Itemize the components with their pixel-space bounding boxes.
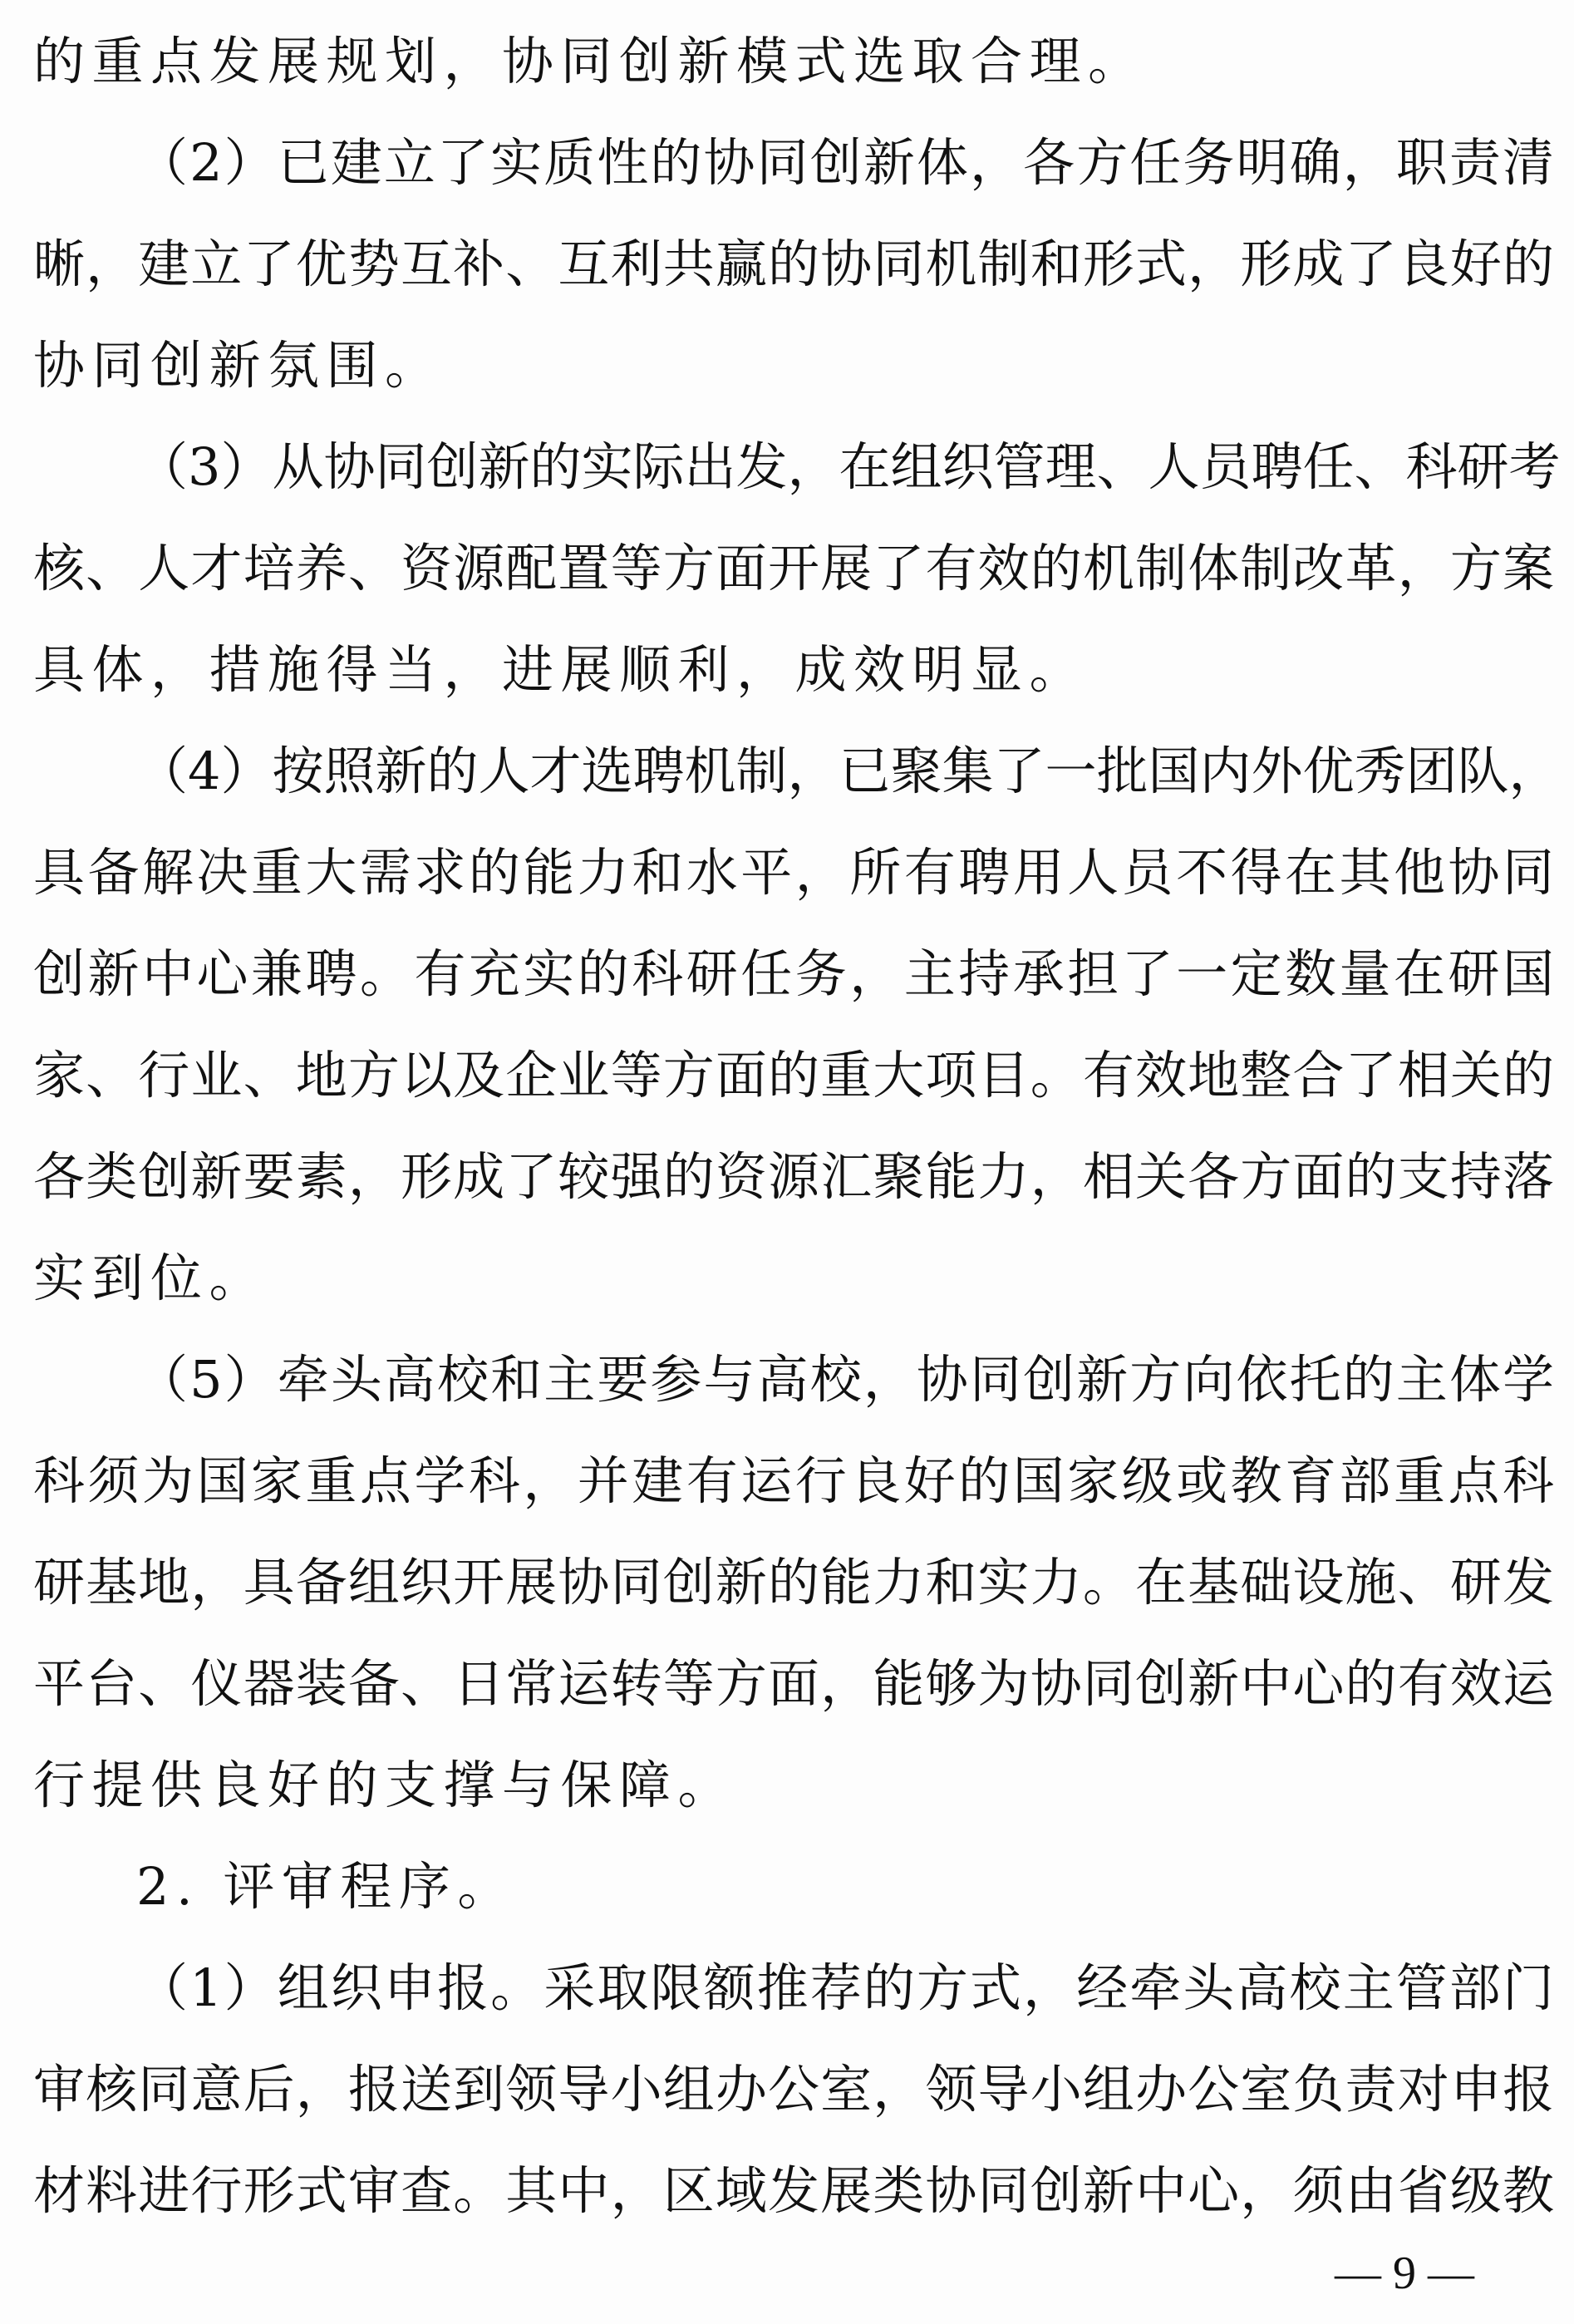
text-line-9: 具备解决重大需求的能力和水平，所有聘用人员不得在其他协同	[33, 839, 1554, 906]
text-line-2: （2）已建立了实质性的协同创新体，各方任务明确，职责清	[33, 130, 1554, 196]
text-line-3: 晰，建立了优势互补、互利共赢的协同机制和形式，形成了良好的	[33, 231, 1554, 298]
text-line-6: 核、人才培养、资源配置等方面开展了有效的机制体制改革，方案	[33, 535, 1554, 602]
text-line-14: （5）牵头高校和主要参与高校，协同创新方向依托的主体学	[33, 1347, 1554, 1413]
text-line-8: （4）按照新的人才选聘机制，已聚集了一批国内外优秀团队，	[33, 738, 1554, 805]
text-line-16: 研基地，具备组织开展协同创新的能力和实力。在基础设施、研发	[33, 1549, 1554, 1616]
text-line-20: （1）组织申报。采取限额推荐的方式，经牵头高校主管部门	[33, 1955, 1554, 2021]
section-heading: 2. 评审程序。	[33, 1854, 1554, 1920]
document-page: 的重点发展规划，协同创新模式选取合理。 （2）已建立了实质性的协同创新体，各方任…	[0, 0, 1574, 2324]
text-line-21: 审核同意后，报送到领导小组办公室，领导小组办公室负责对申报	[33, 2056, 1554, 2123]
text-line-10: 创新中心兼聘。有充实的科研任务，主持承担了一定数量在研国	[33, 941, 1554, 1007]
text-line-15: 科须为国家重点学科，并建有运行良好的国家级或教育部重点科	[33, 1448, 1554, 1514]
page-number: — 9 —	[1280, 2244, 1529, 2302]
text-line-5: （3）从协同创新的实际出发，在组织管理、人员聘任、科研考	[33, 434, 1554, 500]
text-line-17: 平台、仪器装备、日常运转等方面，能够为协同创新中心的有效运	[33, 1651, 1554, 1717]
text-line-13: 实到位。	[33, 1245, 1554, 1312]
text-line-18: 行提供良好的支撑与保障。	[33, 1752, 1554, 1819]
text-line-22: 材料进行形式审查。其中，区域发展类协同创新中心，须由省级教	[33, 2158, 1554, 2224]
text-line-4: 协同创新氛围。	[33, 332, 1554, 399]
text-line-7: 具体，措施得当，进展顺利，成效明显。	[33, 637, 1554, 703]
text-line-12: 各类创新要素，形成了较强的资源汇聚能力，相关各方面的支持落	[33, 1144, 1554, 1210]
text-line-1: 的重点发展规划，协同创新模式选取合理。	[33, 28, 1554, 95]
text-line-11: 家、行业、地方以及企业等方面的重大项目。有效地整合了相关的	[33, 1042, 1554, 1109]
